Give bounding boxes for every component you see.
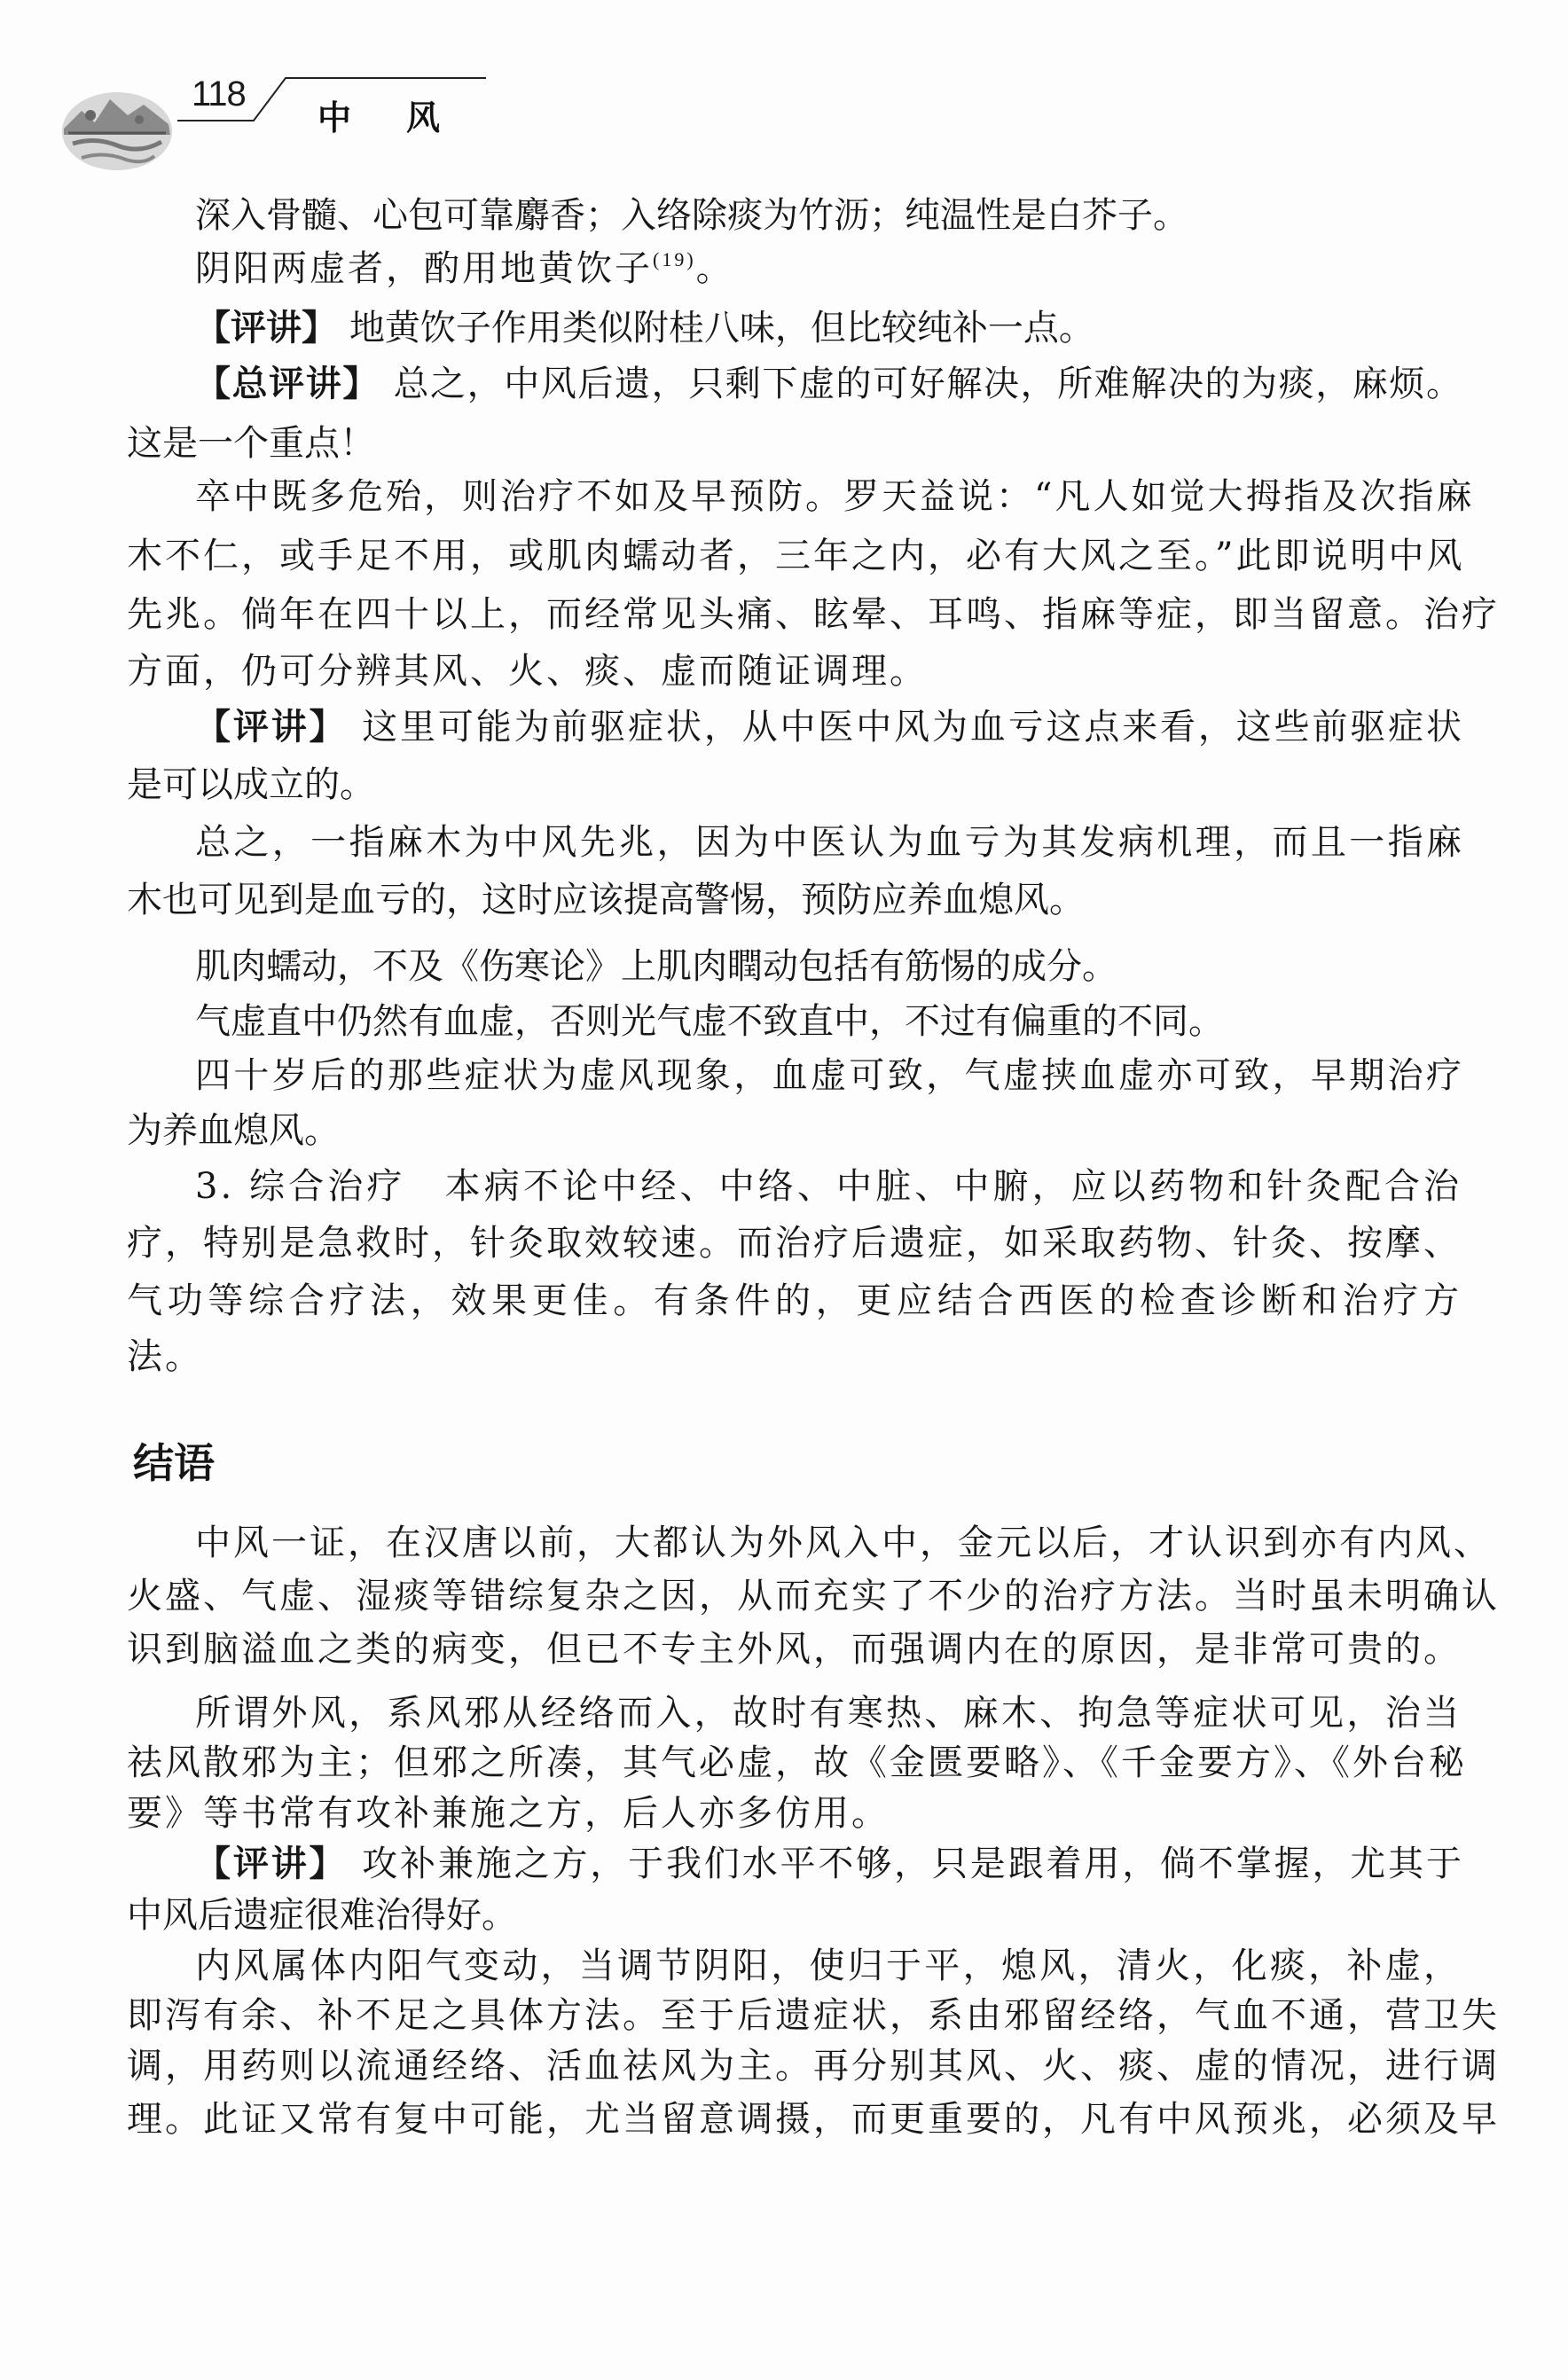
line-text: 法。 <box>127 1336 203 1377</box>
text-line: 识到脑溢血之类的病变，但已不专主外风，而强调内在的原因，是非常可贵的。 <box>127 1628 1462 1671</box>
text-line: 为养血熄风。 <box>127 1109 1462 1152</box>
text-line: 祛风散邪为主；但邪之所凑，其气必虚，故《金匮要略》、《千金要方》、《外台秘 <box>127 1742 1462 1784</box>
text-line: 理。此证又常有复中可能，尤当留意调摄，而更重要的，凡有中风预兆，必须及早 <box>127 2098 1462 2141</box>
text-line: 木也可见到是血亏的，这时应该提高警惕，预防应养血熄风。 <box>127 879 1462 921</box>
commentary-tag: 【评讲】 <box>195 707 362 748</box>
line-text: 攻补兼施之方，于我们水平不够，只是跟着用，倘不掌握，尤其于 <box>362 1844 1462 1884</box>
line-text: 即泻有余、补不足之具体方法。至于后遗症状，系由邪留经络，气血不通，营卫失 <box>127 1995 1500 2036</box>
text-line: 中风一证，在汉唐以前，大都认为外风入中，金元以后，才认识到亦有内风、 <box>195 1522 1462 1564</box>
line-text: 内风属体内阳气变动，当调节阴阳，使归于平，熄风，清火，化痰，补虚， <box>195 1945 1462 1986</box>
commentary-tag: 【评讲】 <box>195 308 349 348</box>
text-line: 火盛、气虚、湿痰等错综复杂之因，从而充实了不少的治疗方法。当时虽未明确认 <box>127 1575 1462 1617</box>
line-text: 中风一证，在汉唐以前，大都认为外风入中，金元以后，才认识到亦有内风、 <box>195 1523 1492 1563</box>
commentary-tag: 【总评讲】 <box>195 364 393 404</box>
text-line: 先兆。倘年在四十以上，而经常见头痛、眩晕、耳鸣、指麻等症，即当留意。治疗 <box>127 593 1462 636</box>
text-line: 阴阳两虚者，酌用地黄饮子(19)。 <box>195 247 1462 290</box>
line-text: 四十岁后的那些症状为虚风现象，血虚可致，气虚挟血虚亦可致，早期治疗 <box>195 1055 1462 1096</box>
text-line: 【评讲】 地黄饮子作用类似附桂八味，但比较纯补一点。 <box>195 307 1462 349</box>
text-line: 法。 <box>127 1335 1462 1378</box>
line-text: 中风后遗症很难治得好。 <box>127 1895 517 1936</box>
line-text: 肌肉蠕动，不及《伤寒论》上肌肉瞤动包括有筋惕的成分。 <box>195 946 1117 987</box>
text-line: 总之，一指麻木为中风先兆，因为中医认为血亏为其发病机理，而且一指麻 <box>195 821 1462 864</box>
line-text: 理。此证又常有复中可能，尤当留意调摄，而更重要的，凡有中风预兆，必须及早 <box>127 2099 1500 2140</box>
line-text: 所谓外风，系风邪从经络而入，故时有寒热、麻木、拘急等症状可见，治当 <box>195 1693 1462 1734</box>
line-text: 祛风散邪为主；但邪之所凑，其气必虚，故《金匮要略》、《千金要方》、《外台秘 <box>127 1742 1467 1783</box>
text-line: 所谓外风，系风邪从经络而入，故时有寒热、麻木、拘急等症状可见，治当 <box>195 1692 1462 1734</box>
text-line: 疗，特别是急救时，针灸取效较速。而治疗后遗症，如采取药物、针灸、按摩、 <box>127 1222 1462 1264</box>
line-text: 木不仁，或手足不用，或肌肉蠕动者，三年之内，必有大风之至。”此即说明中风 <box>127 536 1464 576</box>
line-text: 这是一个重点！ <box>127 423 375 464</box>
line-tail: 。 <box>696 248 734 289</box>
line-text: 是可以成立的。 <box>127 764 375 805</box>
text-line: 四十岁后的那些症状为虚风现象，血虚可致，气虚挟血虚亦可致，早期治疗 <box>195 1054 1462 1097</box>
line-text: 方面，仍可分辨其风、火、痰、虚而随证调理。 <box>127 651 928 692</box>
text-line: 气功等综合疗法，效果更佳。有条件的，更应结合西医的检查诊断和治疗方 <box>127 1280 1462 1322</box>
commentary-tag: 【评讲】 <box>195 1844 362 1884</box>
book-page: 118 中风 深入骨髓、心包可靠麝香；入络除痰为竹沥；纯温性是白芥子。阴阳两虚者… <box>0 0 1568 2380</box>
running-title: 中风 <box>318 90 495 139</box>
line-text: 木也可见到是血亏的，这时应该提高警惕，预防应养血熄风。 <box>127 880 1085 920</box>
text-line: 是可以成立的。 <box>127 763 1462 806</box>
footnote-ref[interactable]: (19) <box>653 248 696 270</box>
text-line: 3. 综合治疗 本病不论中经、中络、中脏、中腑，应以药物和针灸配合治 <box>195 1165 1462 1208</box>
line-text: 要》等书常有攻补兼施之方，后人亦多仿用。 <box>127 1793 890 1834</box>
text-line: 方面，仍可分辨其风、火、痰、虚而随证调理。 <box>127 650 1462 693</box>
text-line: 【总评讲】 总之，中风后遗，只剩下虚的可好解决，所难解决的为痰，麻烦。 <box>195 363 1462 405</box>
text-line: 【评讲】 这里可能为前驱症状，从中医中风为血亏这点来看，这些前驱症状 <box>195 706 1462 748</box>
text-line: 深入骨髓、心包可靠麝香；入络除痰为竹沥；纯温性是白芥子。 <box>195 194 1462 237</box>
line-text: 3. 综合治疗 本病不论中经、中络、中脏、中腑，应以药物和针灸配合治 <box>195 1166 1462 1207</box>
line-text: 调，用药则以流通经络、活血祛风为主。再分别其风、火、痰、虚的情况，进行调 <box>127 2046 1500 2086</box>
text-line: 卒中既多危殆，则治疗不如及早预防。罗天益说：“凡人如觉大拇指及次指麻 <box>195 475 1462 518</box>
text-line: 肌肉蠕动，不及《伤寒论》上肌肉瞤动包括有筋惕的成分。 <box>195 945 1462 988</box>
line-text: 先兆。倘年在四十以上，而经常见头痛、眩晕、耳鸣、指麻等症，即当留意。治疗 <box>127 594 1500 635</box>
line-text: 地黄饮子作用类似附桂八味，但比较纯补一点。 <box>349 308 1094 348</box>
landscape-vignette-icon <box>55 80 179 177</box>
line-text: 疗，特别是急救时，针灸取效较速。而治疗后遗症，如采取药物、针灸、按摩、 <box>127 1223 1462 1264</box>
line-text: 深入骨髓、心包可靠麝香；入络除痰为竹沥；纯温性是白芥子。 <box>195 195 1188 236</box>
line-text: 总之，一指麻木为中风先兆，因为中医认为血亏为其发病机理，而且一指麻 <box>195 822 1462 863</box>
line-text: 这里可能为前驱症状，从中医中风为血亏这点来看，这些前驱症状 <box>362 707 1462 748</box>
line-text: 识到脑溢血之类的病变，但已不专主外风，而强调内在的原因，是非常可贵的。 <box>127 1629 1462 1670</box>
text-line: 气虚直中仍然有血虚，否则光气虚不致直中，不过有偏重的不同。 <box>195 1000 1462 1043</box>
section-heading: 结语 <box>133 1431 215 1490</box>
text-line: 内风属体内阳气变动，当调节阴阳，使归于平，熄风，清火，化痰，补虚， <box>195 1945 1462 1987</box>
line-text: 气功等综合疗法，效果更佳。有条件的，更应结合西医的检查诊断和治疗方 <box>127 1280 1462 1321</box>
text-line: 木不仁，或手足不用，或肌肉蠕动者，三年之内，必有大风之至。”此即说明中风 <box>127 535 1462 577</box>
line-text: 总之，中风后遗，只剩下虚的可好解决，所难解决的为痰，麻烦。 <box>393 364 1462 404</box>
line-text: 气虚直中仍然有血虚，否则光气虚不致直中，不过有偏重的不同。 <box>195 1001 1224 1042</box>
text-line: 中风后遗症很难治得好。 <box>127 1894 1462 1937</box>
text-line: 【评讲】 攻补兼施之方，于我们水平不够，只是跟着用，倘不掌握，尤其于 <box>195 1843 1462 1885</box>
line-text: 火盛、气虚、湿痰等错综复杂之因，从而充实了不少的治疗方法。当时虽未明确认 <box>127 1576 1500 1617</box>
line-text: 卒中既多危殆，则治疗不如及早预防。罗天益说：“凡人如觉大拇指及次指麻 <box>195 476 1474 517</box>
text-line: 要》等书常有攻补兼施之方，后人亦多仿用。 <box>127 1792 1462 1835</box>
line-text: 为养血熄风。 <box>127 1110 340 1151</box>
text-line: 这是一个重点！ <box>127 422 1462 465</box>
line-text: 阴阳两虚者，酌用地黄饮子 <box>195 248 653 289</box>
text-line: 即泻有余、补不足之具体方法。至于后遗症状，系由邪留经络，气血不通，营卫失 <box>127 1994 1462 2037</box>
text-line: 调，用药则以流通经络、活血祛风为主。再分别其风、火、痰、虚的情况，进行调 <box>127 2045 1462 2087</box>
